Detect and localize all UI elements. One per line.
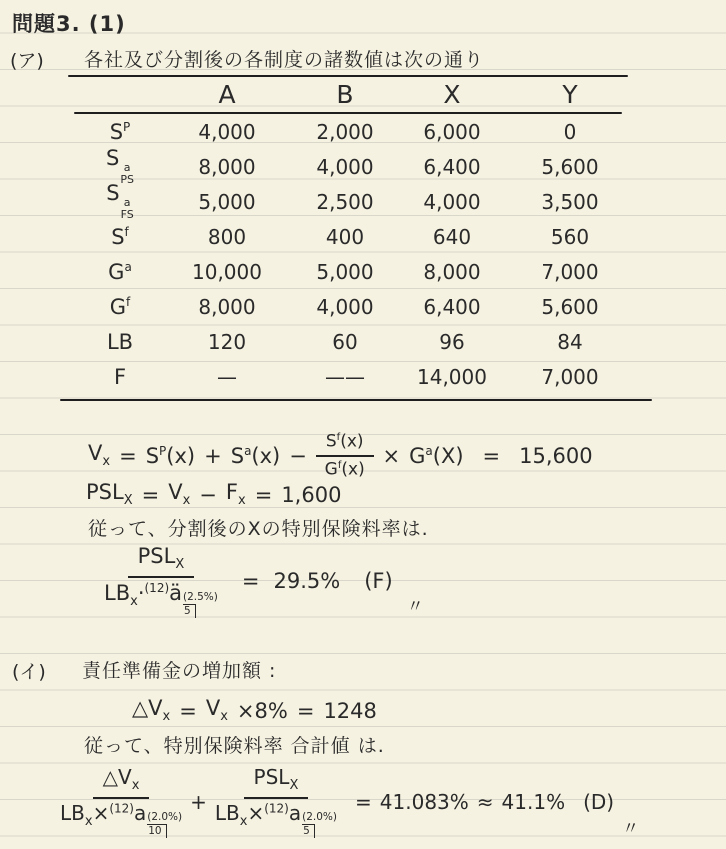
- section-b-note: 従って、特別保険料率 合計値 は.: [84, 731, 385, 758]
- sp-term: SP(x): [146, 444, 195, 468]
- formula-psl: PSLX = Vx − Fx = 1,600: [86, 478, 341, 512]
- table-cell: 6,000: [392, 115, 512, 149]
- psl-over-lb-fraction: PSLX LBx·(12)ä(2.5%)5: [104, 544, 218, 618]
- table-cell: 5,000: [285, 255, 405, 289]
- minus: −: [199, 483, 217, 507]
- table-cell: 5,600: [505, 290, 635, 324]
- section-a-note: 従って、分割後のXの特別保険料率は.: [88, 514, 429, 541]
- formula-rate-a: PSLX LBx·(12)ä(2.5%)5 = 29.5% (F) 〃: [104, 542, 424, 620]
- table-cell: 6,400: [392, 150, 512, 184]
- formula-rate-b: △Vx LBx×(12)a(2.0%)10 + PSLX LBx×(12)a(2…: [60, 762, 639, 842]
- table-colhead-B: B: [285, 77, 405, 111]
- table-cell: —: [167, 360, 287, 394]
- plus: +: [190, 791, 207, 814]
- table-cell: 560: [505, 220, 635, 254]
- table-cell: 96: [392, 325, 512, 359]
- table-cell: 5,600: [505, 150, 635, 184]
- annuity-symbol: a: [134, 801, 146, 825]
- sa-term: Sa(x): [231, 444, 281, 468]
- plus: +: [204, 444, 222, 468]
- section-b-heading: 責任準備金の増加額 :: [82, 656, 276, 683]
- table-cell: 14,000: [392, 360, 512, 394]
- equals: =: [242, 569, 260, 593]
- table-cell: 6,400: [392, 290, 512, 324]
- table-colhead-A: A: [167, 77, 287, 111]
- minus: −: [289, 444, 307, 468]
- table-cell: 8,000: [167, 290, 287, 324]
- delta-v-fraction: △Vx LBx×(12)a(2.0%)10: [60, 766, 182, 838]
- rate-a-result: 29.5%: [274, 569, 341, 593]
- table-cell: 84: [505, 325, 635, 359]
- rate-b-rounded: 41.1%: [502, 791, 566, 814]
- table-cell: 4,000: [167, 115, 287, 149]
- equals: =: [297, 699, 315, 723]
- times-8pct: ×8%: [237, 699, 288, 723]
- table-cell: 800: [167, 220, 287, 254]
- vx-term: Vx: [88, 441, 110, 470]
- vx-result: 15,600: [519, 444, 592, 468]
- ditto-mark: 〃: [622, 820, 639, 840]
- table-cell: 7,000: [505, 255, 635, 289]
- ga-term: Ga(X): [409, 444, 463, 468]
- table-cell: 5,000: [167, 185, 287, 219]
- choice-letter: (F): [364, 569, 392, 593]
- equals: =: [355, 791, 372, 814]
- choice-letter: (D): [583, 791, 614, 814]
- table-cell: 640: [392, 220, 512, 254]
- equals: =: [179, 699, 197, 723]
- annuity-angle-term: 5: [183, 604, 196, 618]
- approx: ≈: [477, 791, 494, 814]
- table-cell: 0: [505, 115, 635, 149]
- row-label-f: F: [85, 360, 155, 394]
- ditto-mark: 〃: [407, 598, 424, 618]
- row-label-gf: Gf: [85, 290, 155, 324]
- fx-term: Fx: [226, 480, 246, 509]
- annuity-angle-term: 5: [302, 824, 315, 838]
- delta-result: 1248: [323, 699, 376, 723]
- rate-b-result: 41.083%: [380, 791, 469, 814]
- sf-over-gf-fraction: Sf(x) Gf(x): [316, 432, 374, 480]
- psl-term: PSLX: [86, 480, 133, 509]
- annuity-symbol: ä: [169, 581, 182, 605]
- annuity-symbol: a: [289, 801, 301, 825]
- vx-term: Vx: [168, 480, 190, 509]
- table-cell: 120: [167, 325, 287, 359]
- page-title: 問題3. (1): [12, 8, 126, 38]
- table-header-rule: [74, 112, 622, 114]
- table-cell: 4,000: [392, 185, 512, 219]
- row-label-lb: LB: [85, 325, 155, 359]
- delta-vx-term: △Vx: [132, 696, 170, 725]
- table-cell: 7,000: [505, 360, 635, 394]
- table-colhead-X: X: [392, 77, 512, 111]
- table-cell: 4,000: [285, 150, 405, 184]
- table-cell: 10,000: [167, 255, 287, 289]
- table-cell: 400: [285, 220, 405, 254]
- section-a-heading: 各社及び分割後の各制度の諸数値は次の通り: [84, 45, 484, 72]
- psl-fraction: PSLX LBx×(12)a(2.0%)5: [215, 766, 337, 838]
- table-bottom-rule: [60, 399, 652, 401]
- times: ×: [383, 444, 401, 468]
- row-label-ga: Ga: [85, 255, 155, 289]
- table-cell: 60: [285, 325, 405, 359]
- psl-result: 1,600: [281, 483, 341, 507]
- equals: =: [483, 444, 501, 468]
- table-cell: 2,000: [285, 115, 405, 149]
- table-cell: 8,000: [167, 150, 287, 184]
- notebook-page: 問題3. (1) (ア) 各社及び分割後の各制度の諸数値は次の通り A B X …: [0, 0, 726, 849]
- table-cell: 4,000: [285, 290, 405, 324]
- table-cell: 3,500: [505, 185, 635, 219]
- table-cell: 8,000: [392, 255, 512, 289]
- annuity-angle-term: 10: [147, 824, 166, 838]
- section-a-marker: (ア): [10, 46, 44, 73]
- table-cell: 2,500: [285, 185, 405, 219]
- section-b-marker: (イ): [12, 657, 46, 684]
- row-label-sp: SP: [85, 115, 155, 149]
- table-cell: ——: [285, 360, 405, 394]
- equals: =: [142, 483, 160, 507]
- formula-delta-v: △Vx = Vx ×8% = 1248: [132, 694, 377, 728]
- equals: =: [119, 444, 137, 468]
- vx-term: Vx: [206, 696, 228, 725]
- row-label-sa-fs: SaFS: [85, 185, 155, 219]
- row-label-sf: Sf: [85, 220, 155, 254]
- row-label-sa-ps: SaPS: [85, 150, 155, 184]
- equals: =: [255, 483, 273, 507]
- table-colhead-Y: Y: [505, 77, 635, 111]
